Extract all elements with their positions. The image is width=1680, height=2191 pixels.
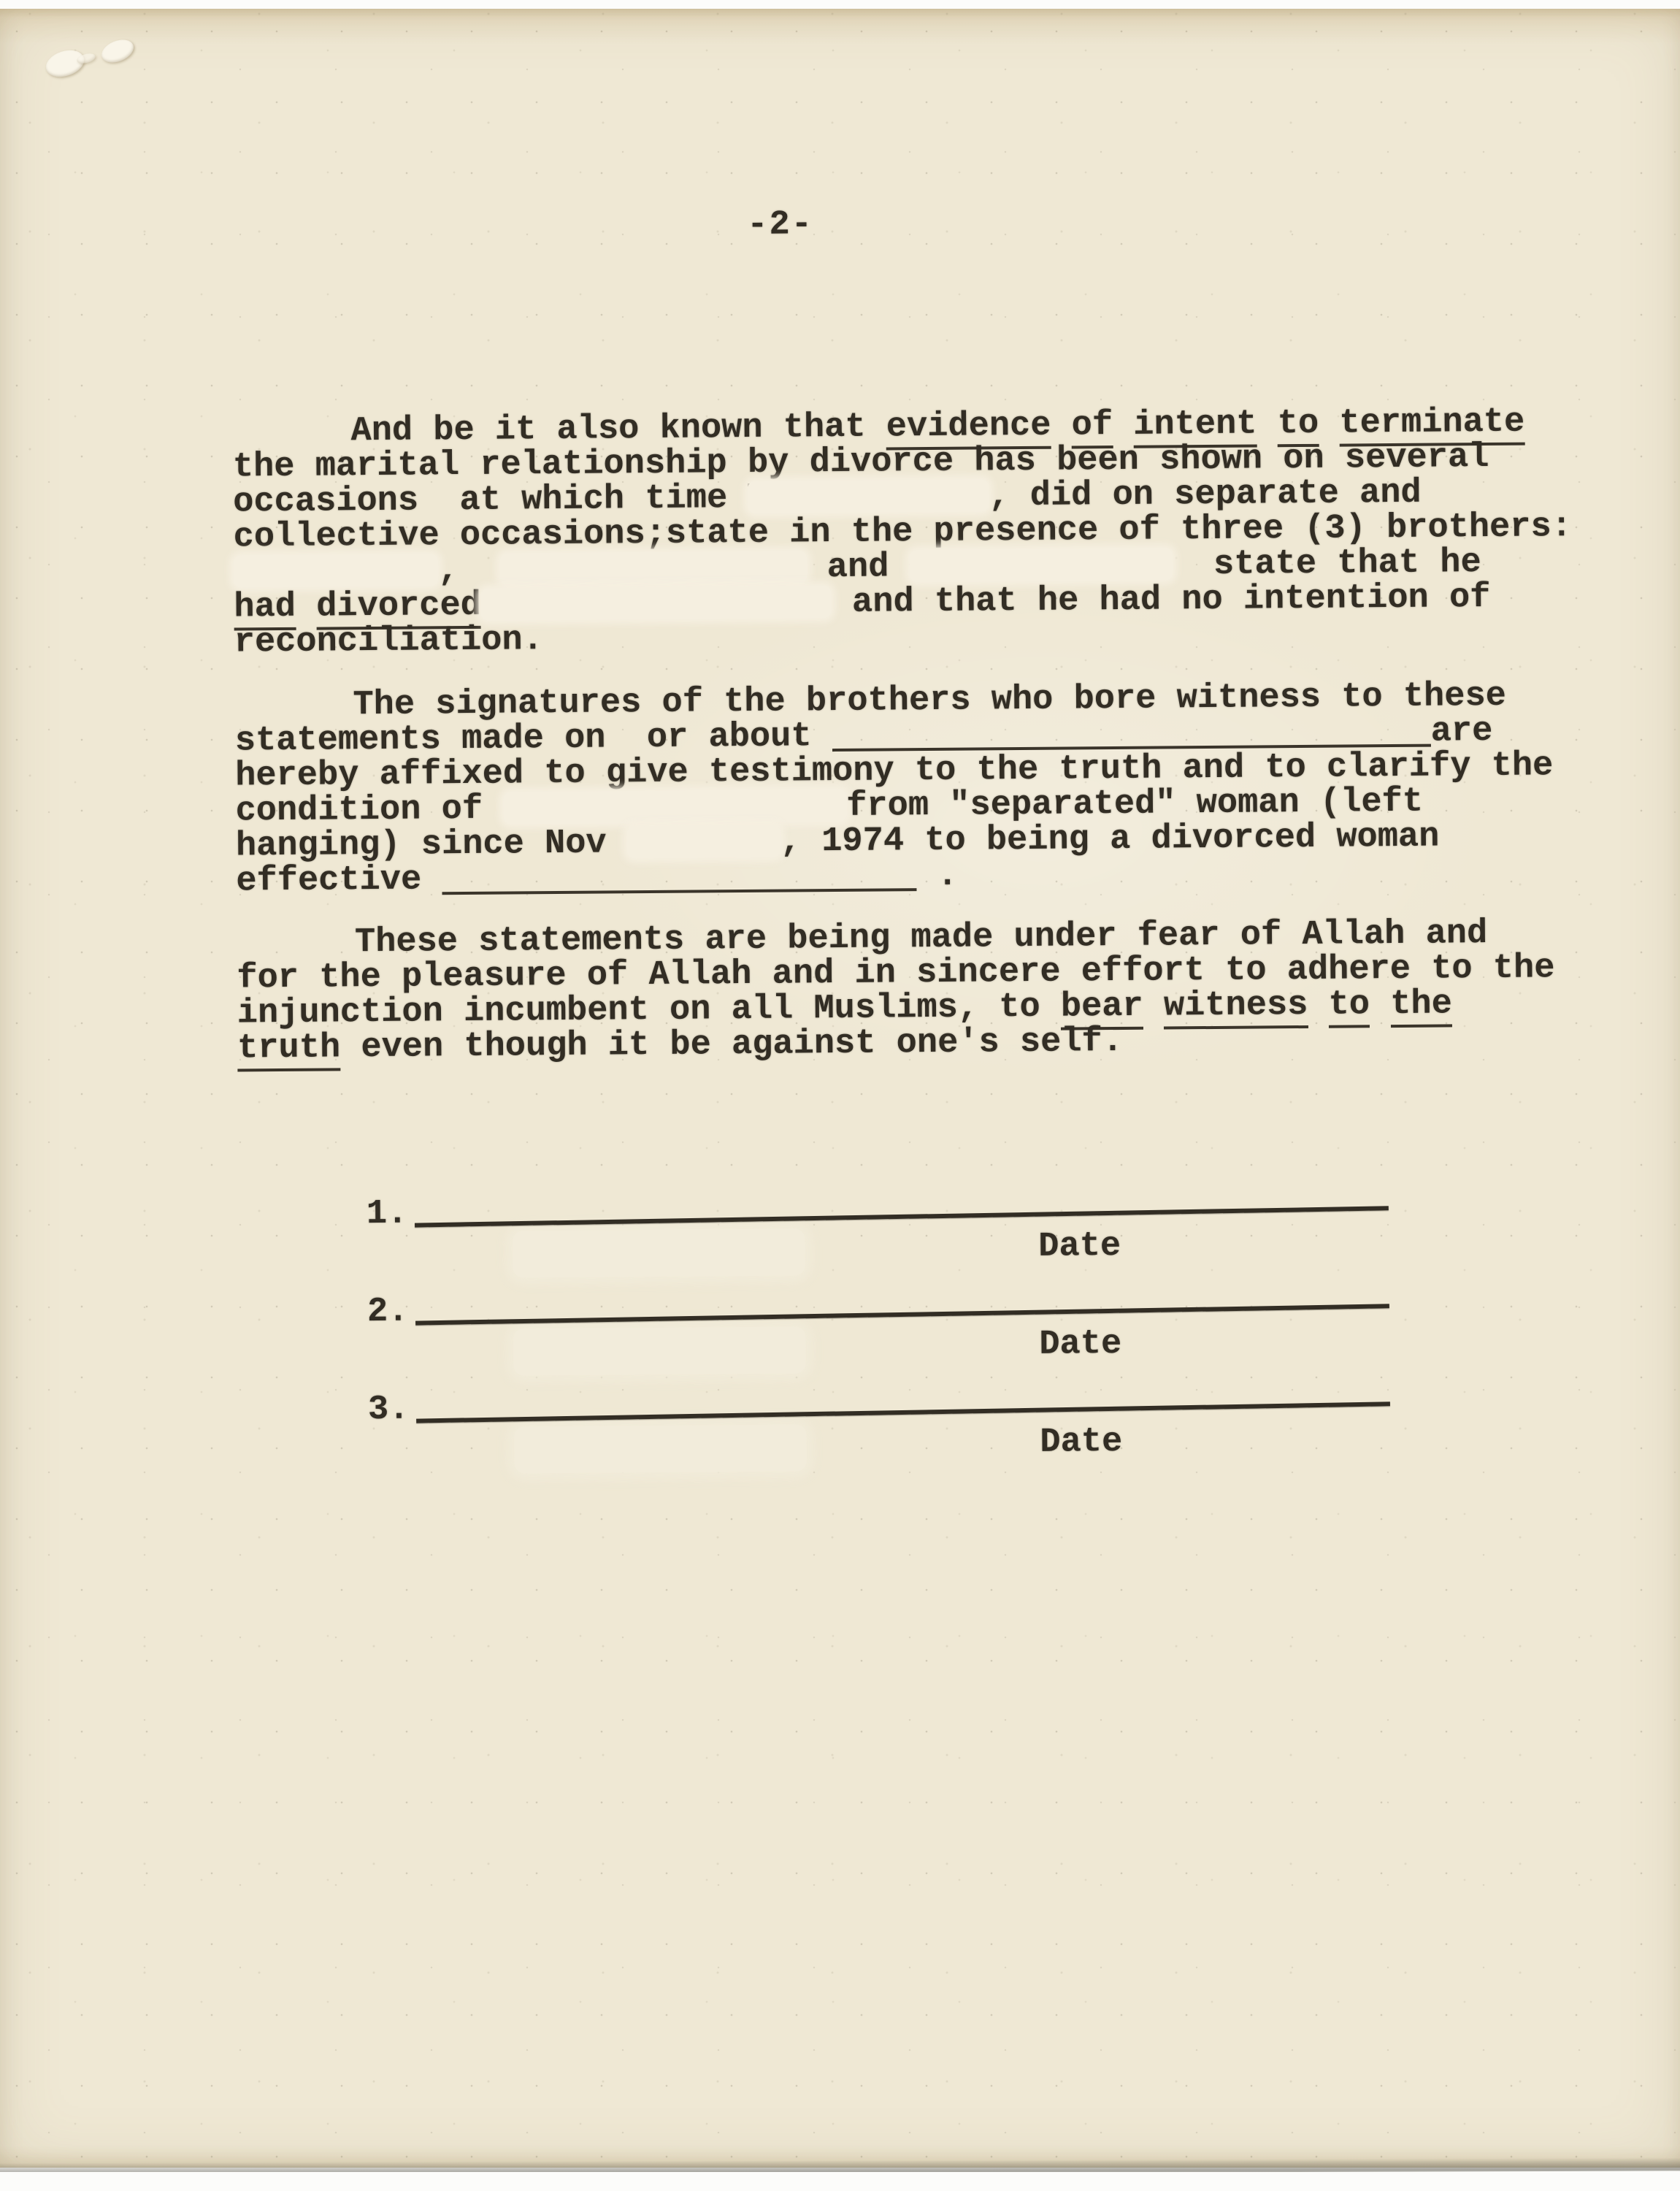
signature-block-3: 3. Date xyxy=(368,1385,1391,1466)
text-run xyxy=(296,588,317,627)
signature-row: 2. xyxy=(367,1287,1389,1330)
date-label: Date xyxy=(1038,1227,1389,1265)
text-run: . xyxy=(916,857,958,895)
text-run xyxy=(1113,406,1134,445)
underlined-text: truth xyxy=(237,1028,340,1071)
text-run: , xyxy=(438,551,500,591)
scanner-background-bottom xyxy=(0,2172,1680,2191)
text-run xyxy=(1143,987,1165,1026)
text-line: reconciliation. xyxy=(234,615,1578,660)
signature-row: 3. xyxy=(368,1385,1390,1428)
signature-row: 1. xyxy=(367,1189,1389,1232)
redacted-text xyxy=(234,554,438,587)
redacted-text xyxy=(481,586,832,621)
text-run: , 1974 to being a divorced woman xyxy=(780,818,1440,862)
text-run: and xyxy=(806,548,909,587)
text-line: truth even though it be against one's se… xyxy=(237,1021,1581,1066)
text-run: hanging) since Nov xyxy=(236,824,627,865)
underlined-text: the xyxy=(1390,984,1452,1028)
signature-block-1: 1. Date xyxy=(367,1189,1389,1270)
signature-number: 1. xyxy=(367,1197,408,1232)
text-run xyxy=(1257,405,1278,443)
redacted-text xyxy=(499,551,806,585)
blank-date-field xyxy=(832,719,1431,752)
paragraph-signatures-of-brothers: The signatures of the brothers who bore … xyxy=(234,678,1579,899)
redacted-text xyxy=(503,789,846,825)
signature-number: 3. xyxy=(368,1393,410,1428)
text-run: and that he had no intention of xyxy=(832,578,1491,622)
redacted-text xyxy=(748,479,989,513)
document-page: -2- And be it also known that evidence o… xyxy=(0,9,1680,2168)
signature-line xyxy=(415,1206,1388,1227)
date-label: Date xyxy=(1040,1423,1390,1461)
redacted-text xyxy=(909,548,1172,582)
signature-block-2: 2. Date xyxy=(367,1287,1390,1368)
underlined-text: to xyxy=(1328,985,1370,1028)
text-run xyxy=(789,443,810,482)
text-run: are xyxy=(1431,712,1493,752)
signature-line xyxy=(415,1304,1389,1325)
text-run xyxy=(1051,406,1072,445)
signature-number: 2. xyxy=(367,1295,409,1330)
blank-effective-date-field xyxy=(442,863,916,895)
signature-line xyxy=(417,1402,1390,1423)
paragraph-intent-to-terminate: And be it also known that evidence of in… xyxy=(232,405,1578,660)
date-label: Date xyxy=(1039,1325,1389,1363)
paragraph-fear-of-allah: These statements are being made under fe… xyxy=(237,916,1581,1066)
redacted-signature xyxy=(514,1424,806,1473)
text-run xyxy=(1308,986,1329,1025)
underlined-text: by xyxy=(748,444,789,486)
text-run: even though it be against one's self. xyxy=(340,1022,1123,1067)
underlined-text: witness xyxy=(1164,986,1308,1030)
text-run xyxy=(1370,985,1391,1024)
redacted-signature xyxy=(513,1326,805,1375)
page-number: -2- xyxy=(747,207,813,243)
redacted-signature xyxy=(513,1228,805,1277)
text-line: effective . xyxy=(236,854,1579,899)
text-run: reconciliation. xyxy=(234,621,543,662)
page-content: -2- And be it also known that evidence o… xyxy=(0,2,1680,2174)
text-run xyxy=(1319,405,1340,443)
text-run: effective xyxy=(236,860,442,901)
scanned-document: -2- And be it also known that evidence o… xyxy=(0,0,1680,2191)
redacted-text xyxy=(627,825,780,859)
